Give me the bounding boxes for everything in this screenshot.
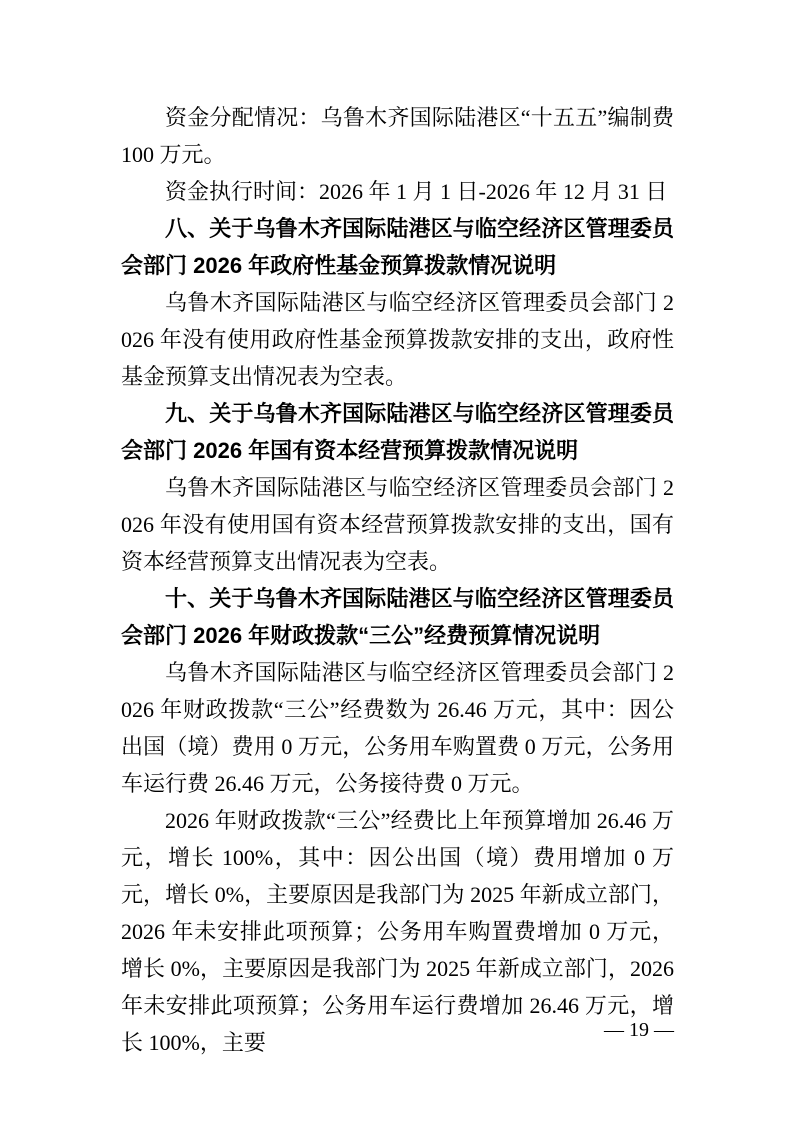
paragraph-funds-allocation: 资金分配情况：乌鲁木齐国际陆港区“十五五”编制费 100 万元。: [121, 99, 674, 173]
paragraph-three-public-funds-increase: 2026 年财政拨款“三公”经费比上年预算增加 26.46 万元，增长 100%…: [121, 802, 674, 1061]
paragraph-three-public-funds-amounts: 乌鲁木齐国际陆港区与临空经济区管理委员会部门 2026 年财政拨款“三公”经费数…: [121, 654, 674, 802]
section-heading-8-govt-fund-budget: 八、关于乌鲁木齐国际陆港区与临空经济区管理委员会部门 2026 年政府性基金预算…: [121, 210, 674, 284]
document-body: 资金分配情况：乌鲁木齐国际陆港区“十五五”编制费 100 万元。 资金执行时间：…: [121, 99, 674, 1061]
paragraph-funds-execution-period: 资金执行时间：2026 年 1 月 1 日-2026 年 12 月 31 日: [121, 173, 674, 210]
document-page: 资金分配情况：乌鲁木齐国际陆港区“十五五”编制费 100 万元。 资金执行时间：…: [0, 0, 793, 1122]
paragraph-state-capital-budget-empty: 乌鲁木齐国际陆港区与临空经济区管理委员会部门 2026 年没有使用国有资本经营预…: [121, 469, 674, 580]
page-number: — 19 —: [604, 1016, 674, 1044]
section-heading-10-three-public-funds: 十、关于乌鲁木齐国际陆港区与临空经济区管理委员会部门 2026 年财政拨款“三公…: [121, 580, 674, 654]
paragraph-govt-fund-budget-empty: 乌鲁木齐国际陆港区与临空经济区管理委员会部门 2026 年没有使用政府性基金预算…: [121, 284, 674, 395]
section-heading-9-state-capital-budget: 九、关于乌鲁木齐国际陆港区与临空经济区管理委员会部门 2026 年国有资本经营预…: [121, 395, 674, 469]
